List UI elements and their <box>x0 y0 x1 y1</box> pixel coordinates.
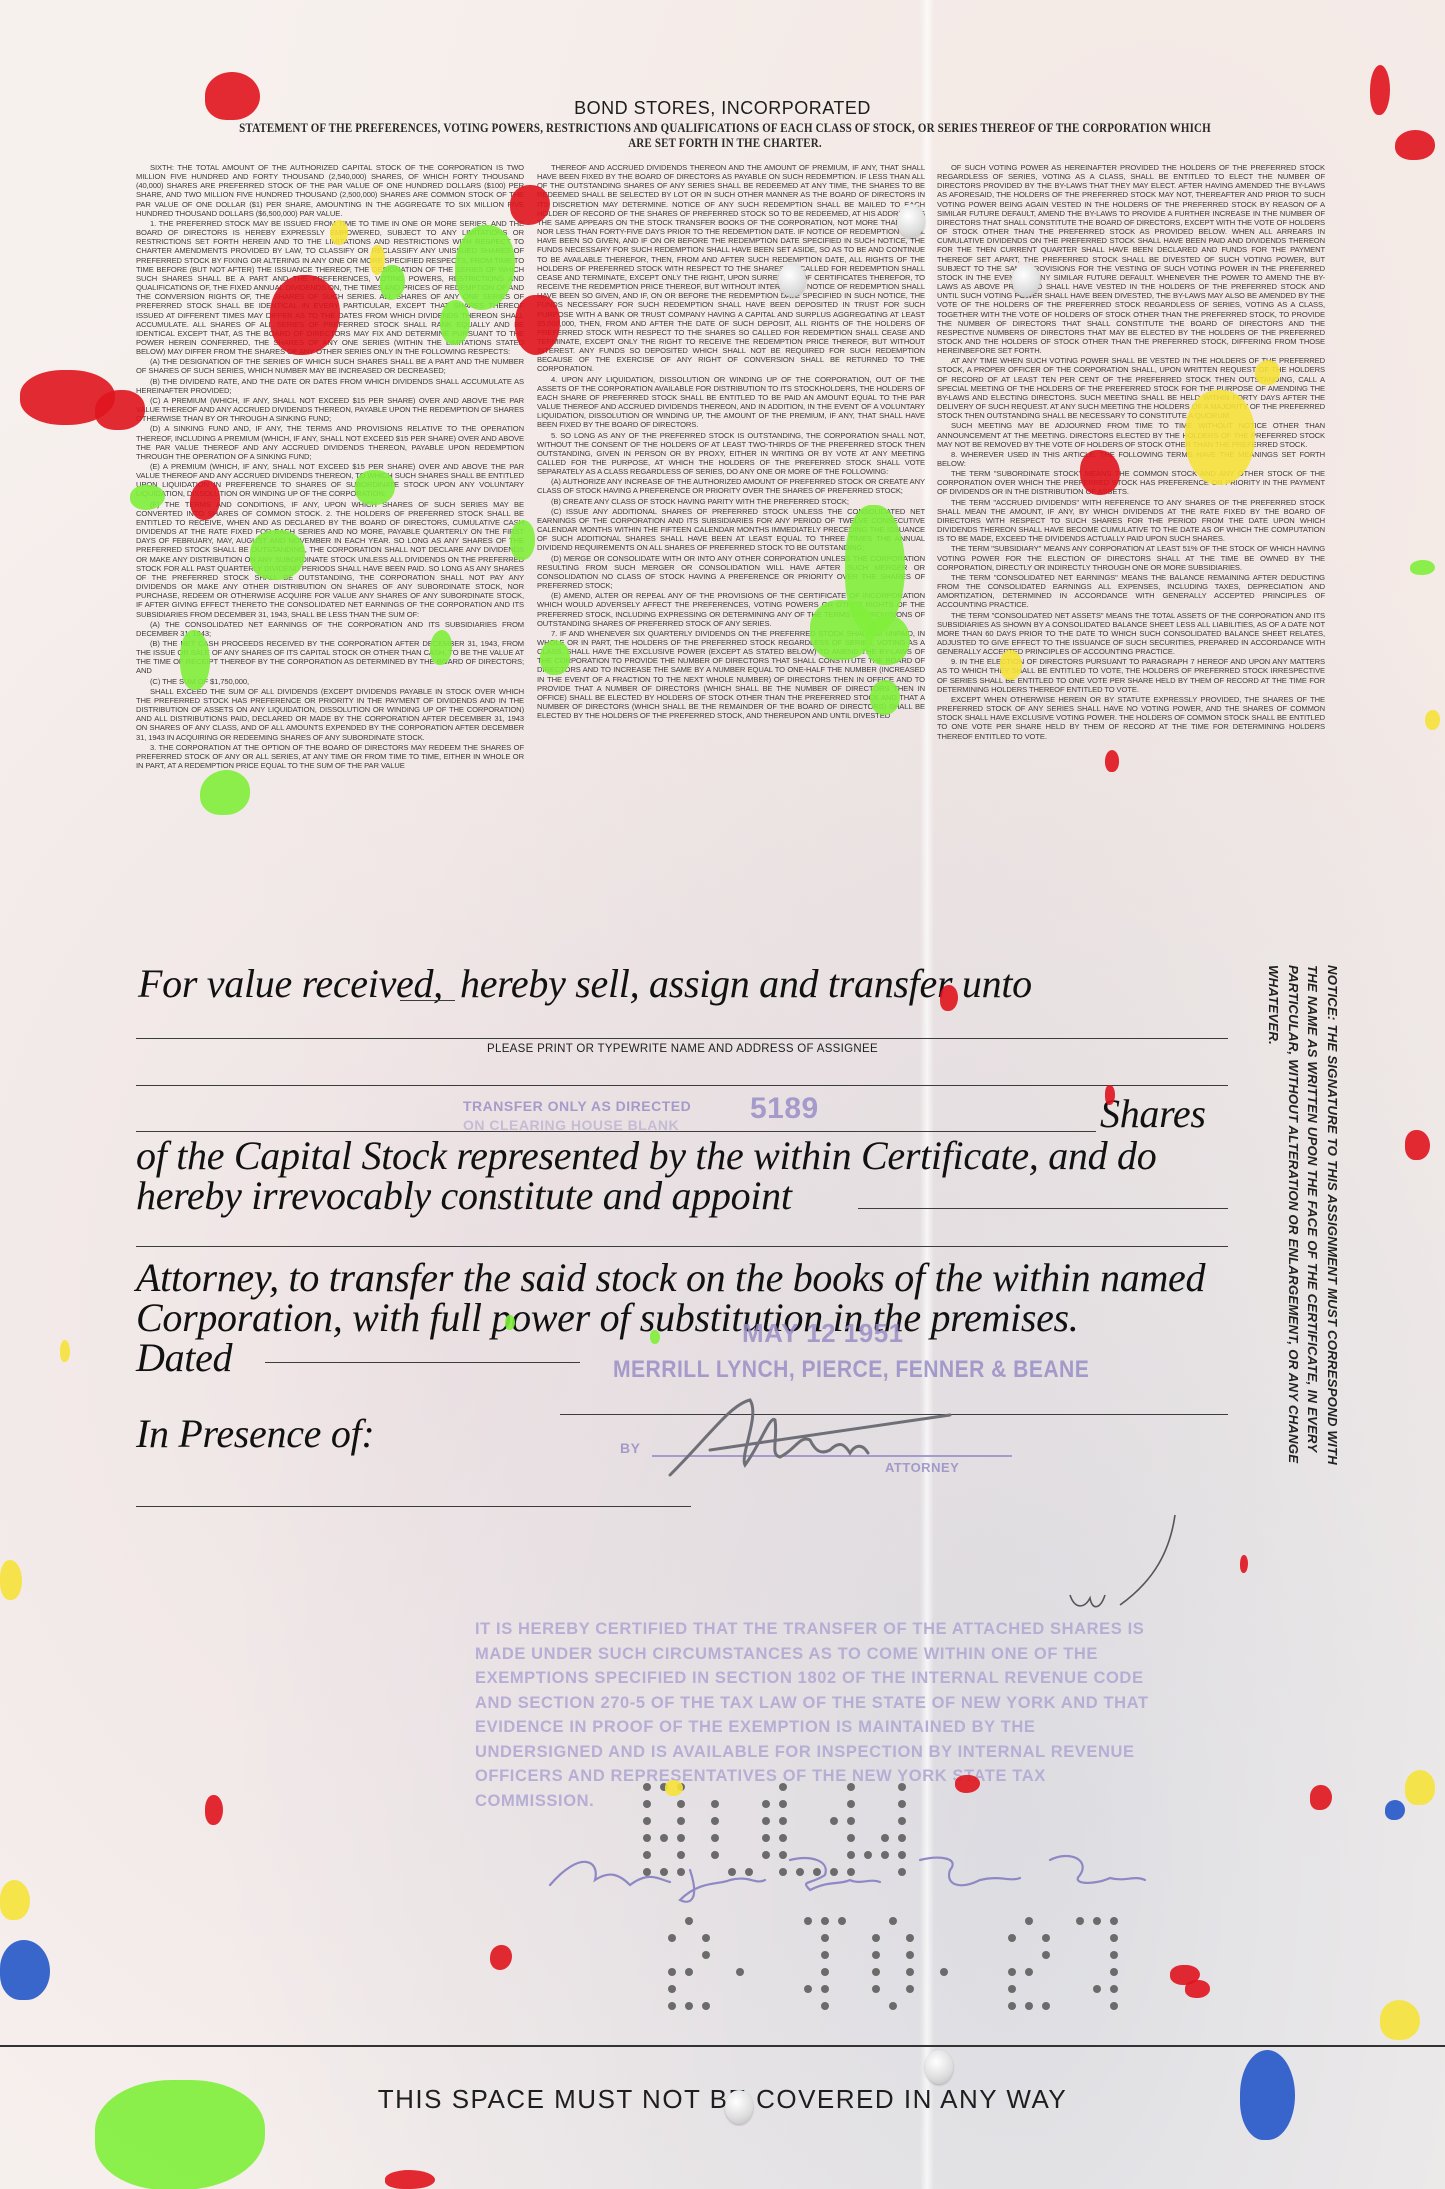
punch-hole <box>897 204 925 238</box>
paint-splatter <box>505 1315 515 1330</box>
paint-splatter <box>0 1880 30 1920</box>
paint-splatter <box>250 530 305 580</box>
punch-hole <box>1012 263 1040 297</box>
dated-label: Dated <box>136 1334 232 1381</box>
charter-paragraph: THE TERM "CONSOLIDATED NET EARNINGS" MEA… <box>937 573 1325 610</box>
assignee-address-line[interactable] <box>136 1085 1228 1086</box>
paint-splatter <box>870 680 900 715</box>
charter-paragraph: (B) THE DIVIDEND RATE, AND THE DATE OR D… <box>136 377 524 395</box>
paint-splatter <box>205 1795 223 1825</box>
punch-hole <box>778 263 806 297</box>
transfer-stamp-top: TRANSFER ONLY AS DIRECTED <box>463 1098 691 1114</box>
charter-paragraph: 9. IN THE ELECTION OF DIRECTORS PURSUANT… <box>937 657 1325 694</box>
paint-splatter <box>865 615 910 665</box>
assignee-line[interactable] <box>136 1038 1228 1039</box>
punch-hole <box>725 2090 753 2124</box>
paint-splatter <box>385 2170 435 2189</box>
charter-paragraph: SIXTH: THE TOTAL AMOUNT OF THE AUTHORIZE… <box>136 163 524 218</box>
paint-splatter <box>665 1780 683 1796</box>
by-label: BY <box>620 1440 640 1456</box>
charter-paragraph: THE TERM "ACCRUED DIVIDENDS" WITH REFERE… <box>937 498 1325 544</box>
paint-splatter <box>1080 450 1120 495</box>
paint-splatter <box>1105 1085 1115 1105</box>
paint-splatter <box>95 390 145 430</box>
paint-splatter <box>1385 1800 1405 1820</box>
paint-splatter <box>430 630 452 665</box>
charter-paragraph: THE TERM "SUBORDINATE STOCK" MEANS THE C… <box>937 469 1325 496</box>
assignee-caption: PLEASE PRINT OR TYPEWRITE NAME AND ADDRE… <box>0 1043 1445 1055</box>
paint-splatter <box>60 1340 70 1362</box>
paint-splatter <box>180 630 210 690</box>
paint-splatter <box>1395 130 1435 160</box>
charter-paragraph: OF SUCH VOTING POWER AS HEREINAFTER PROV… <box>937 163 1325 355</box>
paint-splatter <box>1410 560 1435 575</box>
paint-splatter <box>0 1560 22 1600</box>
assignor-blank[interactable] <box>400 1000 455 1001</box>
paint-splatter <box>330 220 348 245</box>
date-stamp: MAY 12 1951 <box>742 1318 904 1349</box>
attorney-name-line[interactable] <box>858 1208 1228 1209</box>
shares-word: Shares <box>1100 1090 1206 1137</box>
paint-splatter <box>190 480 220 520</box>
charter-paragraph: (A) THE DESIGNATION OF THE SERIES OF WHI… <box>136 357 524 375</box>
presence-label: In Presence of: <box>136 1410 374 1457</box>
paint-splatter <box>200 770 250 815</box>
paint-splatter <box>1425 710 1440 730</box>
paint-splatter <box>1370 65 1390 115</box>
paint-splatter <box>1240 2050 1295 2140</box>
attorney-line[interactable] <box>136 1246 1228 1247</box>
transfer-stamp-bottom: ON CLEARING HOUSE BLANK <box>463 1117 679 1133</box>
corporation-text: Corporation, with full power of substitu… <box>136 1294 1079 1341</box>
charter-paragraph: THE TERM "CONSOLIDATED NET ASSETS" MEANS… <box>937 611 1325 657</box>
paint-splatter <box>510 520 535 560</box>
attorney-signature <box>650 1395 980 1485</box>
paint-splatter <box>205 72 260 120</box>
charter-paragraph: 3. THE CORPORATION AT THE OPTION OF THE … <box>136 743 524 770</box>
charter-paragraph: 5. SO LONG AS ANY OF THE PREFERRED STOCK… <box>537 431 925 477</box>
charter-paragraph: 8. WHEREVER USED IN THIS ARTICLE, THE FO… <box>937 450 1325 468</box>
dated-line[interactable] <box>265 1362 580 1363</box>
statement-heading: STATEMENT OF THE PREFERENCES, VOTING POW… <box>239 121 1211 151</box>
paint-splatter <box>1405 1770 1435 1805</box>
charter-paragraph: (D) A SINKING FUND AND, IF ANY, THE TERM… <box>136 424 524 461</box>
paint-splatter <box>1405 1130 1430 1160</box>
for-value-received: For value received, <box>138 960 443 1007</box>
charter-paragraph: (F) THE TERMS AND CONDITIONS, IF ANY, UP… <box>136 500 524 619</box>
paint-splatter <box>1185 390 1255 485</box>
paint-splatter <box>440 300 470 345</box>
pencil-mark <box>1060 1510 1190 1620</box>
charter-paragraph: (A) AUTHORIZE ANY INCREASE OF THE AUTHOR… <box>537 477 925 495</box>
signature-notice: NOTICE: THE SIGNATURE TO THIS ASSIGNMENT… <box>1262 965 1342 1475</box>
charter-paragraph: EXCEPT WHEN OTHERWISE HEREIN OR BY STATU… <box>937 695 1325 741</box>
footer-rule <box>0 2045 1445 2047</box>
paint-splatter <box>1255 360 1280 385</box>
witness-line[interactable] <box>136 1506 691 1507</box>
paint-splatter <box>1380 2000 1420 2040</box>
paint-splatter <box>1310 1785 1332 1810</box>
charter-paragraph: SUCH MEETING MAY BE ADJOURNED FROM TIME … <box>937 421 1325 448</box>
charter-paragraph: SHALL EXCEED THE SUM OF ALL DIVIDENDS (E… <box>136 687 524 742</box>
perforation-bottom <box>668 1917 1135 2010</box>
charter-paragraph: THEREOF AND ACCRUED DIVIDENDS THEREON AN… <box>537 163 925 374</box>
appoint-text: hereby irrevocably constitute and appoin… <box>136 1172 792 1219</box>
charter-paragraph: THE TERM "SUBSIDIARY" MEANS ANY CORPORAT… <box>937 544 1325 571</box>
paint-splatter <box>95 2080 265 2189</box>
firm-stamp: MERRILL LYNCH, PIERCE, FENNER & BEANE <box>613 1356 1089 1384</box>
paint-splatter <box>540 640 570 675</box>
transfer-number-stamp: 5189 <box>750 1092 819 1126</box>
punch-hole <box>925 2050 953 2084</box>
paint-splatter <box>1000 650 1022 680</box>
paint-splatter <box>0 1940 50 2000</box>
paint-splatter <box>650 1330 660 1344</box>
charter-column-3: OF SUCH VOTING POWER AS HEREINAFTER PROV… <box>937 163 1325 953</box>
charter-paragraph: 4. UPON ANY LIQUIDATION, DISSOLUTION OR … <box>537 375 925 430</box>
perforation-top <box>643 1783 906 1876</box>
paint-splatter <box>355 470 395 505</box>
paint-splatter <box>1105 750 1119 772</box>
charter-paragraph: (C) A PREMIUM (WHICH, IF ANY, SHALL NOT … <box>136 396 524 423</box>
